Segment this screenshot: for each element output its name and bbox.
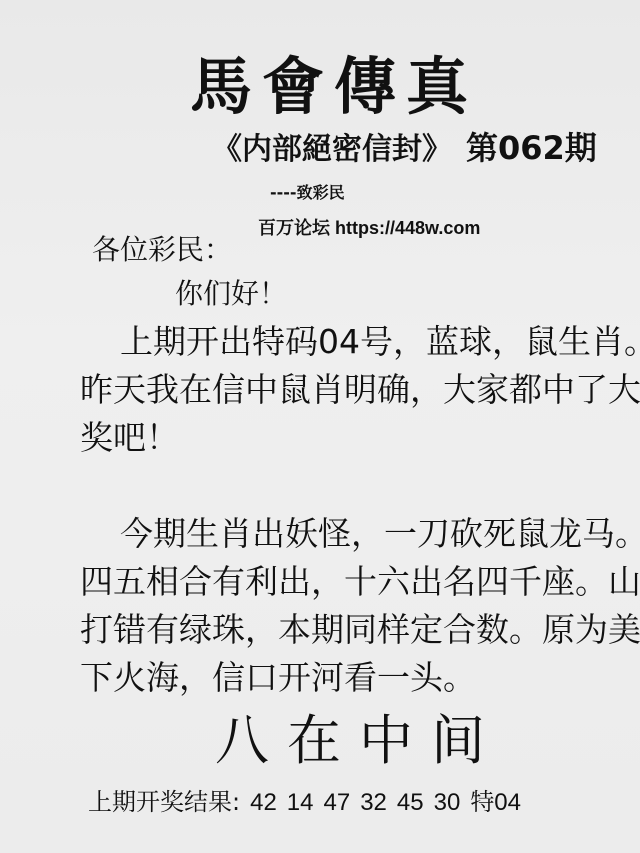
text-line: 上期开出特码04号，蓝球，鼠生肖。	[80, 318, 600, 366]
result-number: 47	[324, 789, 351, 816]
result-label: 上期开奖结果:	[88, 788, 240, 816]
hint-text: 八在中间	[215, 698, 503, 775]
watermark: 百万论坛 https://448w.com	[258, 214, 480, 240]
result-number: 45	[397, 789, 424, 816]
subtitle: 《内部絕密信封》第062期	[212, 128, 597, 170]
text-line: 四五相合有利出，十六出名四千座。山羊	[80, 558, 600, 606]
text-line: 奖吧！	[80, 414, 600, 462]
last-result: 上期开奖结果:421447324530特04	[88, 782, 521, 817]
result-number: 14	[287, 789, 314, 816]
result-number: 42	[250, 789, 277, 816]
salutation: 各位彩民：	[92, 228, 232, 268]
page-title: 馬會傳真	[190, 52, 478, 122]
greeting: 你们好！	[175, 272, 287, 312]
text-line: 下火海，信口开河看一头。	[80, 654, 600, 702]
subtitle-label: 《内部絕密信封》	[212, 132, 452, 167]
special-number: 特04	[470, 789, 521, 816]
paragraph-2: 今期生肖出妖怪，一刀砍死鼠龙马。 四五相合有利出，十六出名四千座。山羊 打错有绿…	[80, 510, 600, 702]
issue-number: 第062期	[466, 129, 597, 167]
result-number: 30	[434, 789, 461, 816]
paragraph-1: 上期开出特码04号，蓝球，鼠生肖。 昨天我在信中鼠肖明确，大家都中了大 奖吧！	[80, 318, 600, 462]
text-line: 今期生肖出妖怪，一刀砍死鼠龙马。	[80, 510, 600, 558]
result-number: 32	[360, 789, 387, 816]
text-line: 打错有绿珠，本期同样定合数。原为美女	[80, 606, 600, 654]
text-line: 昨天我在信中鼠肖明确，大家都中了大	[80, 366, 600, 414]
addressee: ----致彩民	[270, 180, 345, 203]
